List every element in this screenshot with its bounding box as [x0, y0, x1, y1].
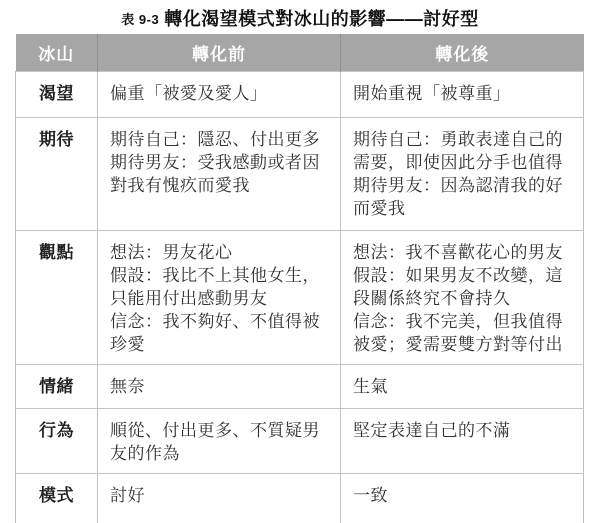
- table-caption-number: 表 9-3: [121, 12, 159, 27]
- cell-viewpoint-after: 想法：我不喜歡花心的男友 假設：如果男友不改變，這段關係終究不會持久 信念：我不…: [341, 231, 584, 365]
- table-row-behavior: 行為 順從、付出更多、不質疑男友的作為 堅定表達自己的不滿: [16, 409, 584, 474]
- cell-emotion-before: 無奈: [98, 365, 341, 409]
- table-row-yearning: 渴望 偏重「被愛及愛人」 開始重視「被尊重」: [16, 72, 584, 118]
- cell-yearning-before: 偏重「被愛及愛人」: [98, 72, 341, 118]
- row-label-stance: 模式: [16, 474, 98, 523]
- table-row-emotion: 情緒 無奈 生氣: [16, 365, 584, 409]
- table-caption: 表 9-3轉化渴望模式對冰山的影響——討好型: [0, 0, 600, 32]
- cell-emotion-after: 生氣: [341, 365, 584, 409]
- cell-stance-before: 討好: [98, 474, 341, 523]
- header-cell-iceberg: 冰山: [16, 34, 98, 72]
- header-cell-after: 轉化後: [341, 34, 584, 72]
- cell-expectation-before: 期待自己：隱忍、付出更多 期待男友：受我感動或者因對我有愧疚而愛我: [98, 118, 341, 231]
- table-row-stance: 模式 討好 一致: [16, 474, 584, 523]
- row-label-behavior: 行為: [16, 409, 98, 474]
- header-cell-before: 轉化前: [98, 34, 341, 72]
- cell-yearning-after: 開始重視「被尊重」: [341, 72, 584, 118]
- table-row-expectation: 期待 期待自己：隱忍、付出更多 期待男友：受我感動或者因對我有愧疚而愛我 期待自…: [16, 118, 584, 231]
- row-label-viewpoint: 觀點: [16, 231, 98, 365]
- table-header-row: 冰山 轉化前 轉化後: [16, 34, 584, 72]
- cell-behavior-before: 順從、付出更多、不質疑男友的作為: [98, 409, 341, 474]
- row-label-expectation: 期待: [16, 118, 98, 231]
- row-label-yearning: 渴望: [16, 72, 98, 118]
- document-page: 表 9-3轉化渴望模式對冰山的影響——討好型 冰山 轉化前 轉化後 渴望 偏重「…: [0, 0, 600, 523]
- iceberg-comparison-table: 冰山 轉化前 轉化後 渴望 偏重「被愛及愛人」 開始重視「被尊重」 期待 期待自…: [15, 34, 584, 523]
- row-label-emotion: 情緒: [16, 365, 98, 409]
- table-caption-title: 轉化渴望模式對冰山的影響——討好型: [164, 9, 479, 29]
- table-row-viewpoint: 觀點 想法：男友花心 假設：我比不上其他女生，只能用付出感動男友 信念：我不夠好…: [16, 231, 584, 365]
- cell-behavior-after: 堅定表達自己的不滿: [341, 409, 584, 474]
- cell-expectation-after: 期待自己：勇敢表達自己的需要，即使因此分手也值得 期待男友：因為認清我的好而愛我: [341, 118, 584, 231]
- cell-viewpoint-before: 想法：男友花心 假設：我比不上其他女生，只能用付出感動男友 信念：我不夠好、不值…: [98, 231, 341, 365]
- cell-stance-after: 一致: [341, 474, 584, 523]
